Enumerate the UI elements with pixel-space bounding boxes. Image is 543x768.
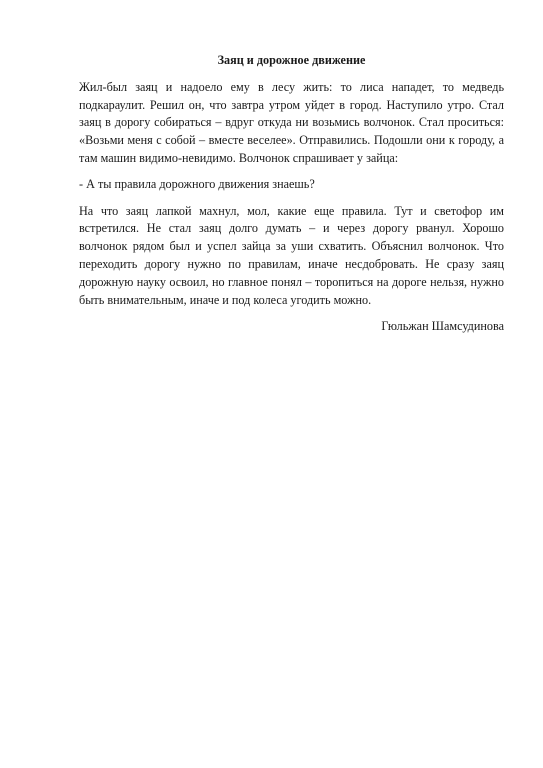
document-title: Заяц и дорожное движение	[79, 52, 504, 70]
author-signature: Гюльжан Шамсудинова	[79, 318, 504, 336]
paragraph-1: Жил-был заяц и надоело ему в лесу жить: …	[79, 79, 504, 168]
paragraph-2: - А ты правила дорожного движения знаешь…	[79, 176, 504, 194]
document-page: Заяц и дорожное движение Жил-был заяц и …	[79, 52, 504, 336]
paragraph-3: На что заяц лапкой махнул, мол, какие ещ…	[79, 203, 504, 310]
